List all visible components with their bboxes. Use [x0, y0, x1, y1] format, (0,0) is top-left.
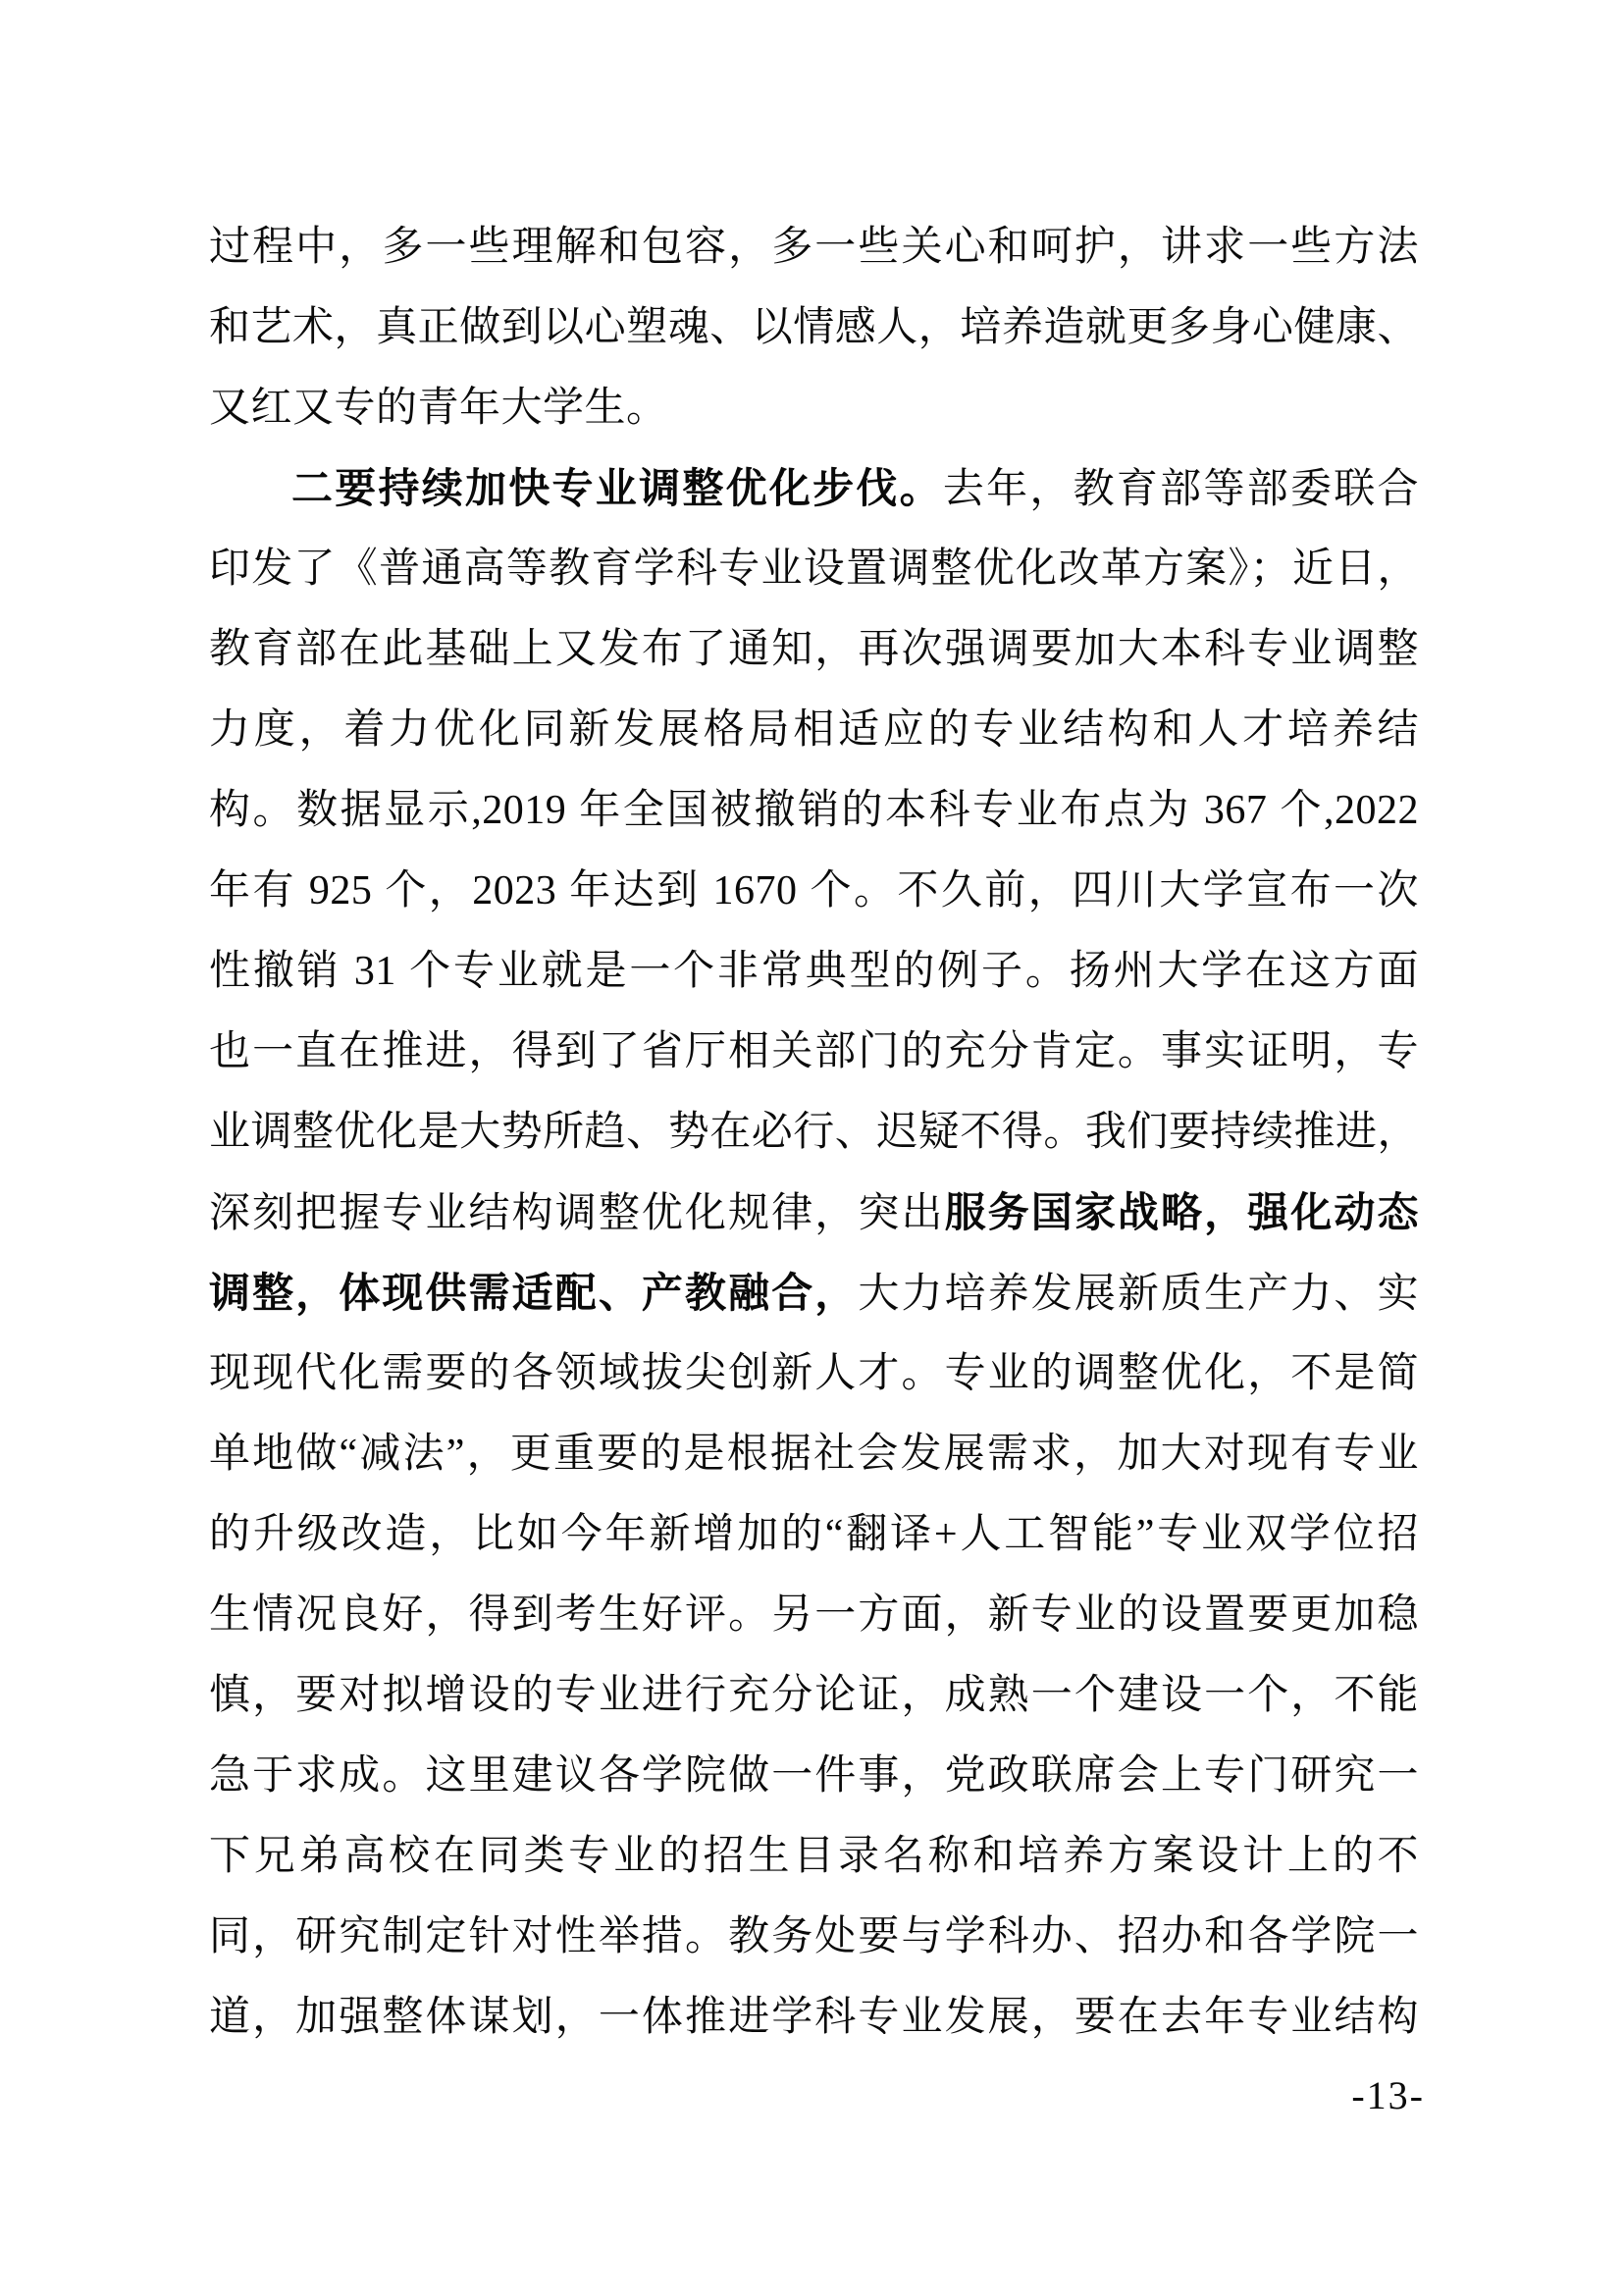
body-text: 下兄弟高校在同类专业的招生目录名称和培养方案设计上的不 [209, 1834, 1419, 1879]
body-text: 大力培养发展新质生产力、实 [858, 1272, 1419, 1317]
body-text: 急于求成。这里建议各学院做一件事，党政联席会上专门研究一 [209, 1753, 1419, 1799]
text-line: 急于求成。这里建议各学院做一件事，党政联席会上专门研究一 [209, 1736, 1419, 1816]
text-line: 单地做“减法”，更重要的是根据社会发展需求，加大对现有专业 [209, 1414, 1419, 1494]
body-text: 业调整优化是大势所趋、势在必行、迟疑不得。我们要持续推进， [209, 1110, 1419, 1155]
text-line: 教育部在此基础上又发布了通知，再次强调要加大本科专业调整 [209, 609, 1419, 690]
emphasis-text: 服务国家战略，强化动态 [945, 1189, 1419, 1235]
text-line: 力度，着力优化同新发展格局相适应的专业结构和人才培养结 [209, 690, 1419, 770]
body-text: 的升级改造，比如今年新增加的“翻译+人工智能”专业双学位招 [209, 1512, 1419, 1557]
text-line: 的升级改造，比如今年新增加的“翻译+人工智能”专业双学位招 [209, 1494, 1419, 1575]
body-text: 力度，着力优化同新发展格局相适应的专业结构和人才培养结 [209, 707, 1419, 753]
body-text: 去年，教育部等部委联合 [943, 467, 1419, 512]
body-text: 过程中，多一些理解和包容，多一些关心和呵护，讲求一些方法 [209, 225, 1419, 270]
body-text: 又红又专的青年大学生。 [209, 386, 668, 431]
body-text: 性撤销 31 个专业就是一个非常典型的例子。扬州大学在这方面 [209, 949, 1419, 994]
body-text: 生情况良好，得到考生好评。另一方面，新专业的设置要更加稳 [209, 1592, 1419, 1638]
text-line: 和艺术，真正做到以心塑魂、以情感人，培养造就更多身心健康、 [209, 287, 1419, 368]
body-text: 慎，要对拟增设的专业进行充分论证，成熟一个建设一个，不能 [209, 1673, 1419, 1718]
text-line: 调整，体现供需适配、产教融合，大力培养发展新质生产力、实 [209, 1253, 1419, 1333]
emphasis-text: 调整，体现供需适配、产教融合， [209, 1270, 858, 1316]
text-line: 业调整优化是大势所趋、势在必行、迟疑不得。我们要持续推进， [209, 1092, 1419, 1173]
text-line: 年有 925 个，2023 年达到 1670 个。不久前，四川大学宣布一次 [209, 851, 1419, 931]
text-line: 二要持续加快专业调整优化步伐。去年，教育部等部委联合 [209, 448, 1419, 529]
text-line: 生情况良好，得到考生好评。另一方面，新专业的设置要更加稳 [209, 1575, 1419, 1655]
body-text: 构。数据显示,2019 年全国被撤销的本科专业布点为 367 个,2022 [209, 788, 1419, 833]
document-body: 过程中，多一些理解和包容，多一些关心和呵护，讲求一些方法和艺术，真正做到以心塑魂… [209, 207, 1419, 2058]
text-line: 慎，要对拟增设的专业进行充分论证，成熟一个建设一个，不能 [209, 1655, 1419, 1736]
body-text: 同，研究制定针对性举措。教务处要与学科办、招办和各学院一 [209, 1914, 1419, 1959]
body-text: 教育部在此基础上又发布了通知，再次强调要加大本科专业调整 [209, 627, 1419, 672]
text-line: 深刻把握专业结构调整优化规律，突出服务国家战略，强化动态 [209, 1173, 1419, 1253]
text-line: 过程中，多一些理解和包容，多一些关心和呵护，讲求一些方法 [209, 207, 1419, 287]
body-text: 现现代化需要的各领域拔尖创新人才。专业的调整优化，不是简 [209, 1351, 1419, 1396]
emphasis-text: 二要持续加快专业调整优化步伐。 [291, 465, 943, 511]
text-line: 构。数据显示,2019 年全国被撤销的本科专业布点为 367 个,2022 [209, 770, 1419, 851]
text-line: 印发了《普通高等教育学科专业设置调整优化改革方案》；近日， [209, 529, 1419, 609]
body-text: 和艺术，真正做到以心塑魂、以情感人，培养造就更多身心健康、 [209, 305, 1419, 350]
text-line: 下兄弟高校在同类专业的招生目录名称和培养方案设计上的不 [209, 1816, 1419, 1897]
text-line: 同，研究制定针对性举措。教务处要与学科办、招办和各学院一 [209, 1897, 1419, 1977]
page-number: -13- [1351, 2074, 1425, 2117]
body-text: 道，加强整体谋划，一体推进学科专业发展，要在去年专业结构 [209, 1995, 1419, 2040]
body-text: 年有 925 个，2023 年达到 1670 个。不久前，四川大学宣布一次 [209, 868, 1419, 913]
body-text: 印发了《普通高等教育学科专业设置调整优化改革方案》；近日， [209, 547, 1419, 592]
body-text: 也一直在推进，得到了省厅相关部门的充分肯定。事实证明，专 [209, 1029, 1419, 1074]
text-line: 性撤销 31 个专业就是一个非常典型的例子。扬州大学在这方面 [209, 931, 1419, 1012]
text-line: 现现代化需要的各领域拔尖创新人才。专业的调整优化，不是简 [209, 1333, 1419, 1414]
body-text: 深刻把握专业结构调整优化规律，突出 [209, 1191, 945, 1236]
text-line: 也一直在推进，得到了省厅相关部门的充分肯定。事实证明，专 [209, 1012, 1419, 1092]
text-line: 又红又专的青年大学生。 [209, 368, 1419, 448]
document-page: 过程中，多一些理解和包容，多一些关心和呵护，讲求一些方法和艺术，真正做到以心塑魂… [0, 0, 1624, 2296]
text-line: 道，加强整体谋划，一体推进学科专业发展，要在去年专业结构 [209, 1977, 1419, 2058]
body-text: 单地做“减法”，更重要的是根据社会发展需求，加大对现有专业 [209, 1432, 1419, 1477]
